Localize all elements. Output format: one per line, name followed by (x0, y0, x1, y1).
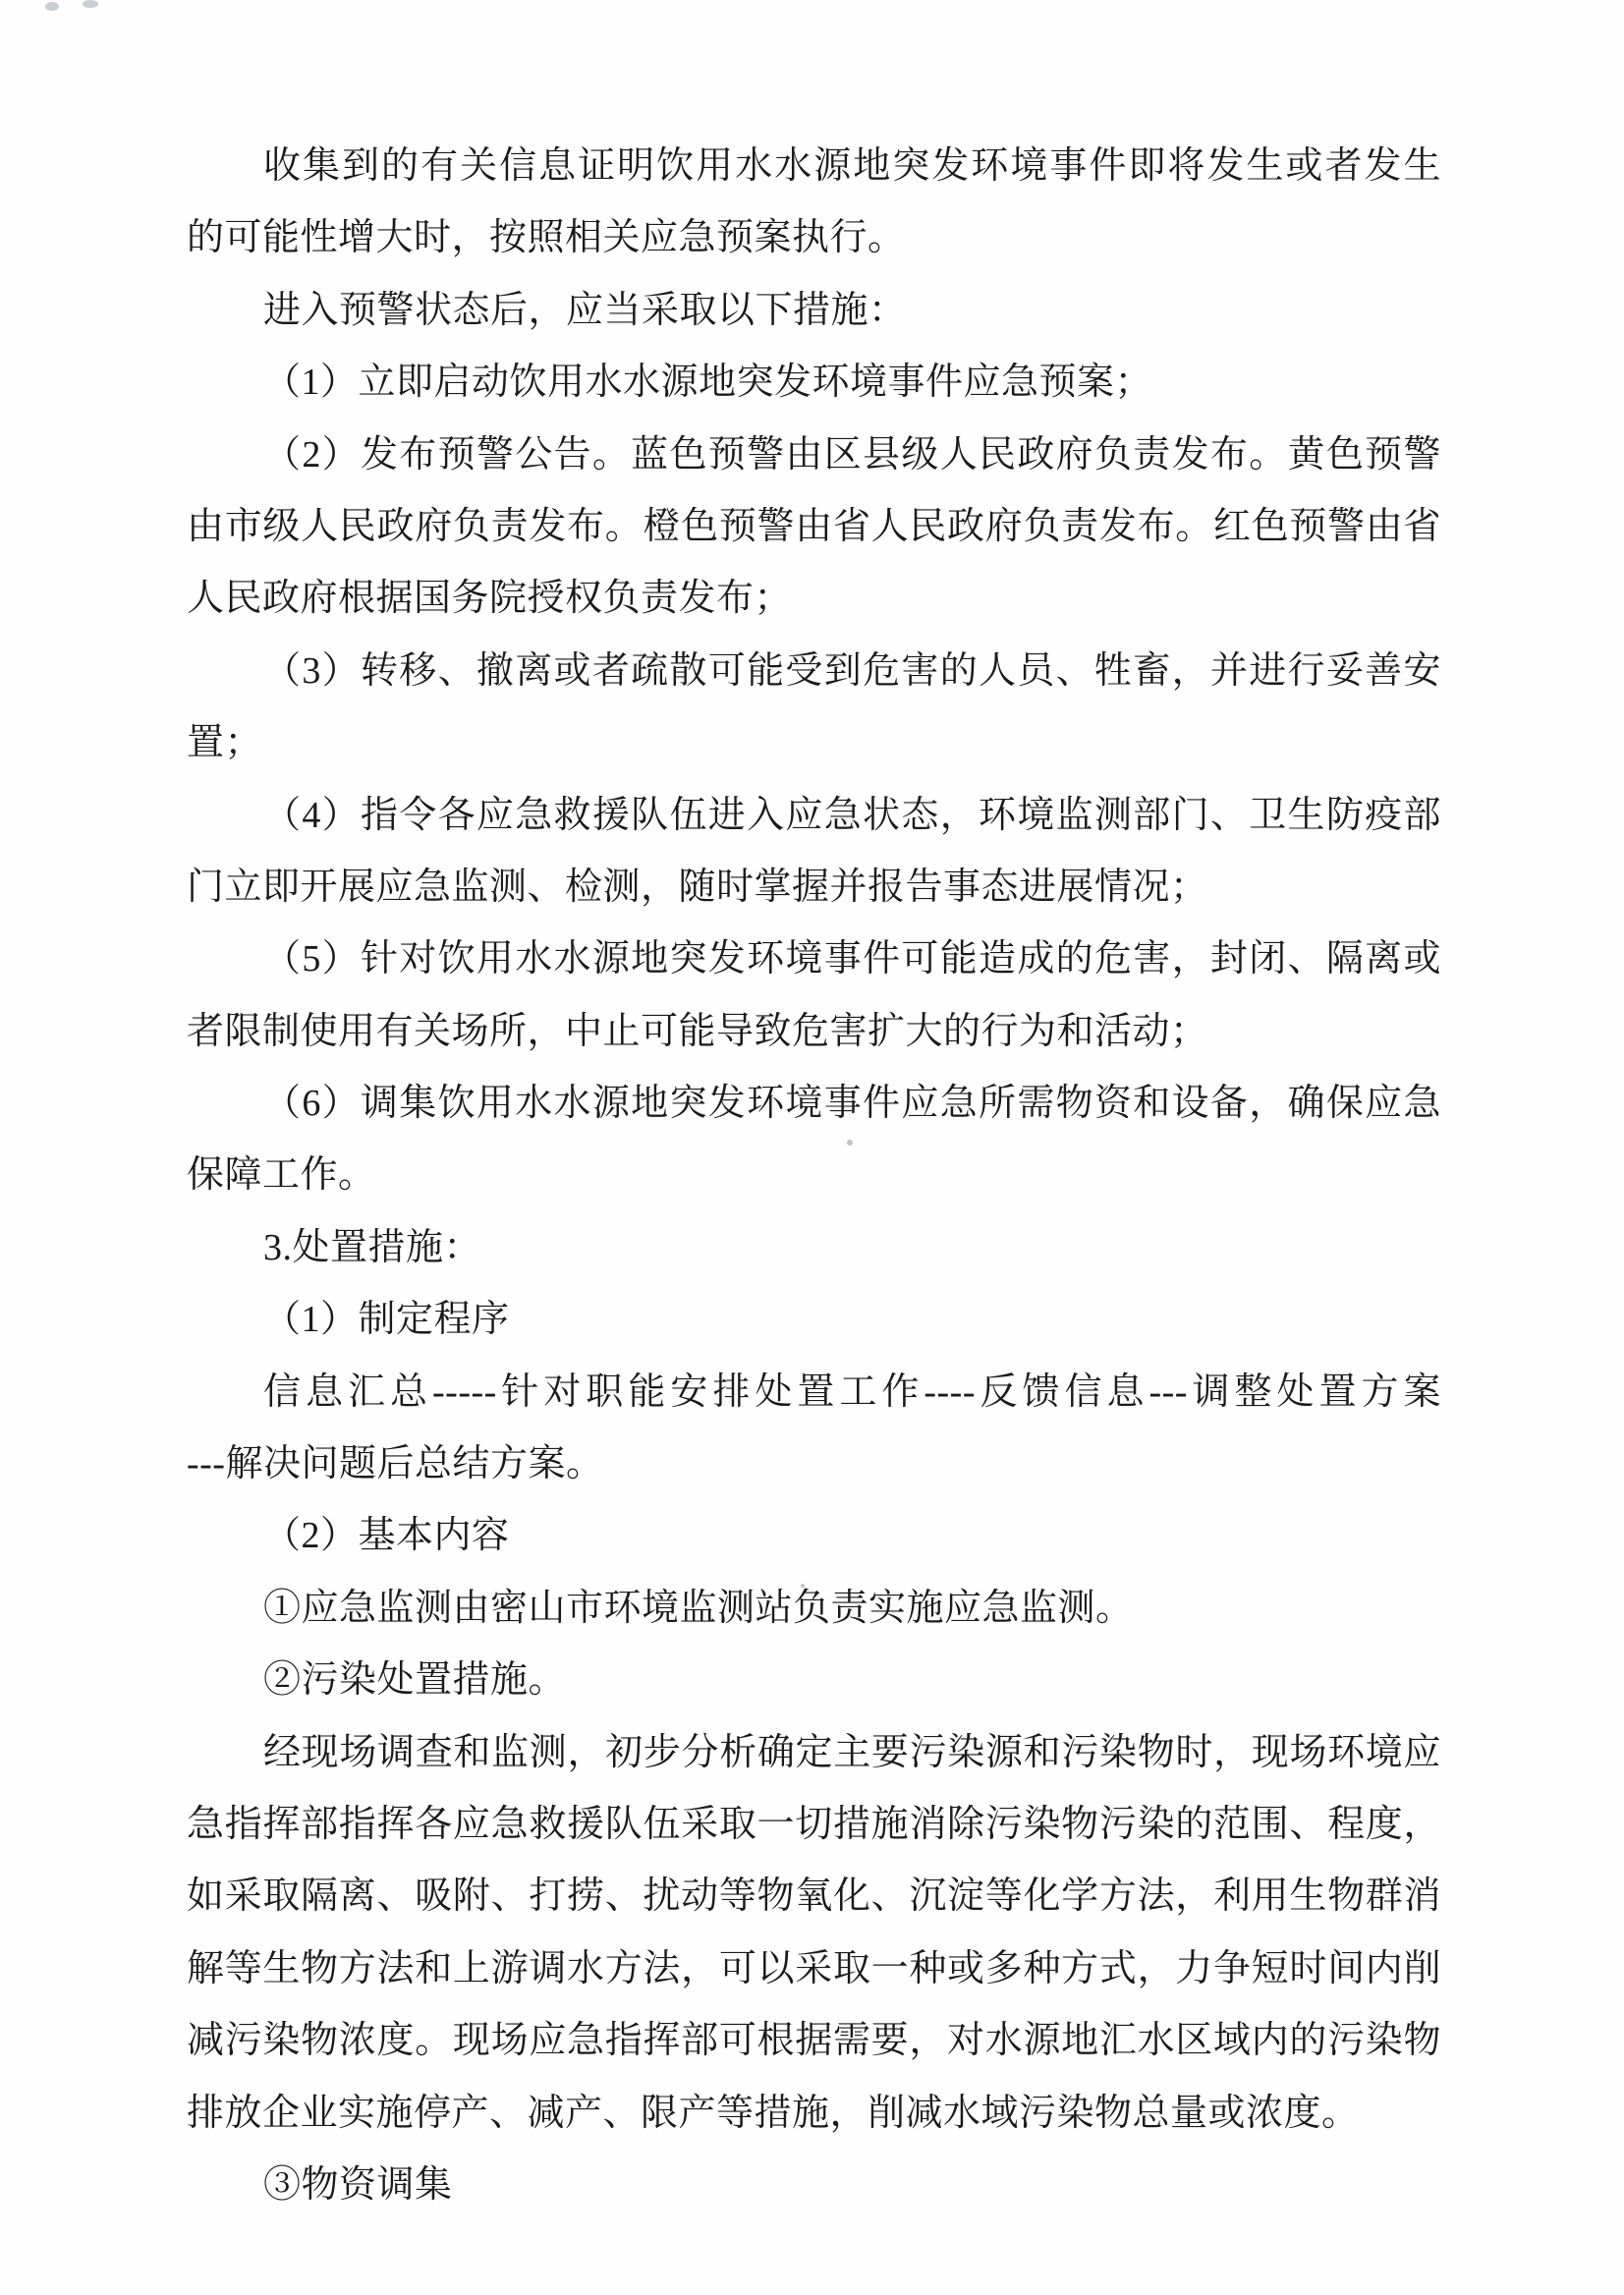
text-line: 由市级人民政府负责发布。橙色预警由省人民政府负责发布。红色预警由省 (187, 491, 1441, 563)
text-line: （4）指令各应急救援队伍进入应急状态，环境监测部门、卫生防疫部 (187, 780, 1441, 852)
text-line: 解等生物方法和上游调水方法，可以采取一种或多种方式，力争短时间内削 (187, 1933, 1441, 2005)
text-line: ③物资调集 (187, 2150, 1441, 2221)
text-line: 置； (187, 707, 1441, 779)
scan-artifact (83, 0, 98, 8)
text-line: 进入预警状态后，应当采取以下措施： (187, 275, 1441, 347)
text-line: 经现场调查和监测，初步分析确定主要污染源和污染物时，现场环境应 (187, 1717, 1441, 1789)
text-line: 人民政府根据国务院授权负责发布； (187, 563, 1441, 635)
text-line: 3.处置措施： (187, 1212, 1441, 1284)
text-line: 减污染物浓度。现场应急指挥部可根据需要，对水源地汇水区域内的污染物 (187, 2005, 1441, 2077)
text-line: ---解决问题后总结方案。 (187, 1428, 1441, 1500)
text-line: （2）发布预警公告。蓝色预警由区县级人民政府负责发布。黄色预警 (187, 420, 1441, 491)
text-line: 收集到的有关信息证明饮用水水源地突发环境事件即将发生或者发生 (187, 131, 1441, 202)
document-page: 收集到的有关信息证明饮用水水源地突发环境事件即将发生或者发生 的可能性增大时，按… (0, 0, 1624, 2295)
text-line: ②污染处置措施。 (187, 1645, 1441, 1716)
text-line: 门立即开展应急监测、检测，随时掌握并报告事态进展情况； (187, 852, 1441, 924)
text-line: 排放企业实施停产、减产、限产等措施，削减水域污染物总量或浓度。 (187, 2078, 1441, 2150)
text-line: 如采取隔离、吸附、打捞、扰动等物氧化、沉淀等化学方法，利用生物群消 (187, 1861, 1441, 1932)
text-line: 信息汇总-----针对职能安排处置工作----反馈信息---调整处置方案 (187, 1357, 1441, 1428)
text-line: （3）转移、撤离或者疏散可能受到危害的人员、牲畜，并进行妥善安 (187, 636, 1441, 707)
text-line: （2）基本内容 (187, 1500, 1441, 1572)
text-line: （5）针对饮用水水源地突发环境事件可能造成的危害，封闭、隔离或 (187, 924, 1441, 995)
text-line: （1）立即启动饮用水水源地突发环境事件应急预案； (187, 347, 1441, 419)
scan-artifact (45, 2, 59, 11)
text-line: ①应急监测由密山市环境监测站负责实施应急监测。 (187, 1573, 1441, 1645)
text-line: （6）调集饮用水水源地突发环境事件应急所需物资和设备，确保应急 (187, 1068, 1441, 1140)
text-line: 保障工作。 (187, 1140, 1441, 1211)
text-line: 的可能性增大时，按照相关应急预案执行。 (187, 202, 1441, 274)
text-line: 者限制使用有关场所，中止可能导致危害扩大的行为和活动； (187, 996, 1441, 1068)
text-block: 收集到的有关信息证明饮用水水源地突发环境事件即将发生或者发生 的可能性增大时，按… (187, 131, 1441, 2221)
text-line: 急指挥部指挥各应急救援队伍采取一切措施消除污染物污染的范围、程度， (187, 1789, 1441, 1861)
text-line: （1）制定程序 (187, 1284, 1441, 1356)
